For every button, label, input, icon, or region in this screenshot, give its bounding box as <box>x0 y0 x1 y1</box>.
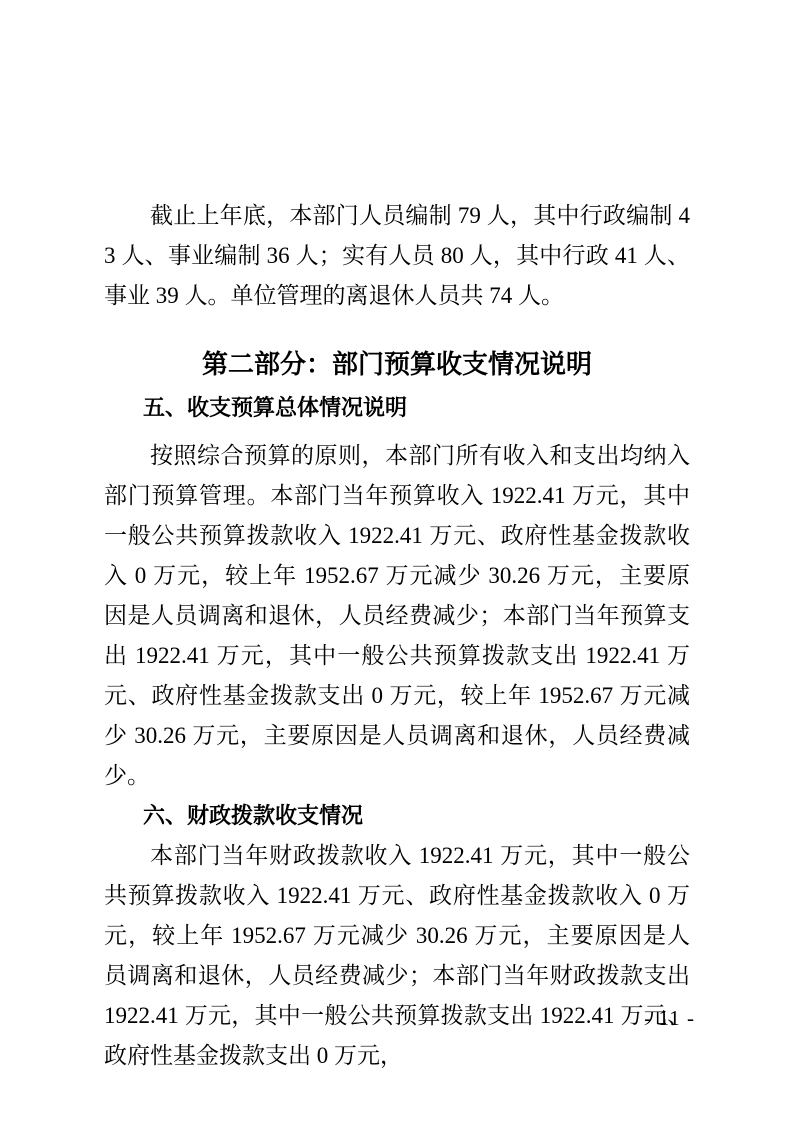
document-page: 截止上年底，本部门人员编制 79 人，其中行政编制 43 人、事业编制 36 人… <box>0 0 793 1122</box>
subheading-six-fiscal-allocation: 六、财政拨款收支情况 <box>104 796 690 836</box>
subheading-five-budget-overview: 五、收支预算总体情况说明 <box>104 388 690 428</box>
document-body: 截止上年底，本部门人员编制 79 人，其中行政编制 43 人、事业编制 36 人… <box>104 196 690 1076</box>
section-heading: 第二部分：部门预算收支情况说明 <box>104 342 690 388</box>
paragraph-budget-overview: 按照综合预算的原则，本部门所有收入和支出均纳入部门预算管理。本部门当年预算收入 … <box>104 436 690 796</box>
page-number: - 11 - <box>644 1006 695 1030</box>
paragraph-staffing: 截止上年底，本部门人员编制 79 人，其中行政编制 43 人、事业编制 36 人… <box>104 196 690 316</box>
paragraph-fiscal-allocation: 本部门当年财政拨款收入 1922.41 万元，其中一般公共预算拨款收入 1922… <box>104 836 690 1076</box>
